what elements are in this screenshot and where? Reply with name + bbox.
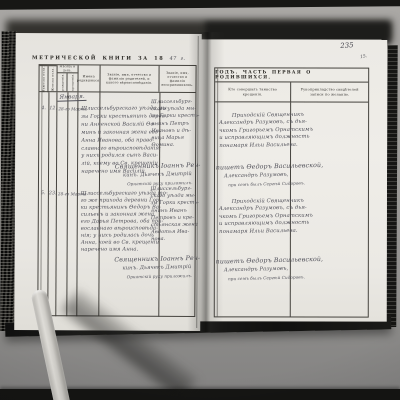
body-col-godparents — [159, 93, 195, 317]
left-title-printed: МЕТРИЧЕСКОЙ КНИГИ ЗА 18 — [32, 55, 164, 62]
parents-label: Званіе, имя, отчество и фамилія родителе… — [103, 72, 155, 85]
date-group-label: Мѣсяцъ и день. — [58, 65, 78, 72]
column-godparents: Званіе, имя, отчество и фамилія восприем… — [159, 66, 195, 92]
photo-top-dark-band — [0, 0, 400, 10]
archival-photo: МЕТРИЧЕСКОЙ КНИГИ ЗА 18 47 г. Счетъ роди… — [0, 0, 400, 400]
date-baptism-label: крещенія. — [70, 74, 74, 92]
right-table-header: Кто совершалъ таинство крещенія. Рукопри… — [215, 82, 368, 102]
open-book: МЕТРИЧЕСКОЙ КНИГИ ЗА 18 47 г. Счетъ роди… — [3, 17, 397, 341]
body-col-date — [56, 92, 78, 316]
page-number-handwritten: 235 — [340, 41, 354, 50]
margin-mark-handwritten: 15. — [360, 54, 368, 60]
body-col-count — [38, 92, 57, 316]
godparents-label: Званіе, имя, отчество и фамилія восприем… — [161, 70, 193, 87]
officiant-label: Кто совершалъ таинство крещенія. — [219, 87, 286, 96]
witnesses-label: Рукоприкладство свидѣтелей записи по жел… — [297, 88, 362, 97]
left-page: МЕТРИЧЕСКОЙ КНИГИ ЗА 18 47 г. Счетъ роди… — [14, 33, 202, 331]
right-table-body — [215, 102, 368, 316]
column-count: Счетъ родившихся. Мужеска пола. Женска п… — [39, 65, 57, 91]
column-names: Имена родившихся. — [78, 65, 100, 91]
right-register-table: ГОДЪ. ЧАСТЬ ПЕРВАЯ О РОДИВШИХСЯ. Кто сов… — [214, 67, 369, 317]
left-page-title: МЕТРИЧЕСКОЙ КНИГИ ЗА 18 47 г. — [16, 55, 202, 62]
body-col-parents — [99, 92, 160, 316]
rule — [47, 92, 49, 316]
count-male-label: Мужеска пола. — [41, 66, 45, 92]
body-col-witnesses — [291, 102, 368, 316]
count-female-label: Женска пола. — [50, 67, 54, 91]
right-page: 235 15. ГОДЪ. ЧАСТЬ ПЕРВАЯ О РОДИВШИХСЯ.… — [200, 39, 387, 321]
column-witnesses: Рукоприкладство свидѣтелей записи по жел… — [291, 82, 368, 101]
body-col-officiant — [215, 102, 291, 316]
column-officiant: Кто совершалъ таинство крещенія. — [215, 82, 291, 101]
body-col-names — [77, 92, 100, 316]
date-birth-label: рожденія. — [60, 74, 64, 92]
left-title-year-handwritten: 47 г. — [170, 56, 186, 62]
left-table-body — [38, 92, 195, 317]
left-table-header: Счетъ родившихся. Мужеска пола. Женска п… — [39, 65, 195, 93]
column-date: Мѣсяцъ и день. рожденія. крещенія. — [57, 65, 78, 91]
left-register-table: Счетъ родившихся. Мужеска пола. Женска п… — [37, 64, 196, 317]
book-fore-edge-right — [386, 45, 397, 327]
names-label: Имена родившихся. — [77, 74, 101, 82]
rule — [66, 92, 68, 316]
column-parents: Званіе, имя, отчество и фамилія родителе… — [100, 65, 159, 91]
right-page-title: ГОДЪ. ЧАСТЬ ПЕРВАЯ О РОДИВШИХСЯ. — [215, 68, 368, 82]
